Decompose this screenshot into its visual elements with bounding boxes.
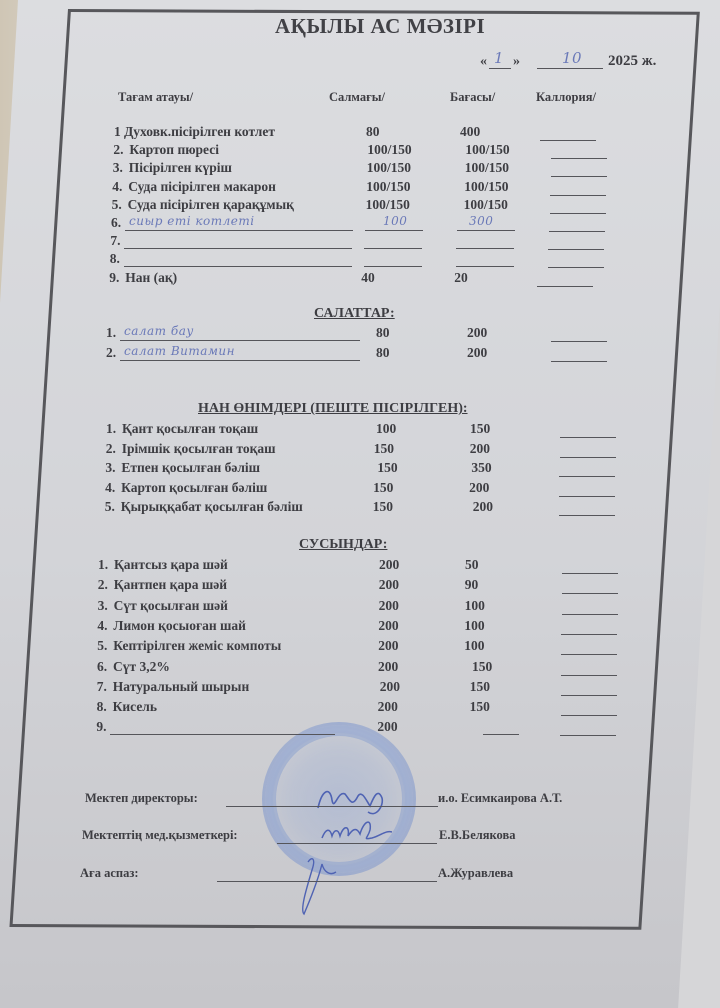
item-weight: 80: [376, 325, 390, 341]
item-price: 300: [469, 214, 493, 228]
item-name: Сүт 3,2%: [113, 659, 170, 675]
item-price-blank-line: [456, 266, 514, 267]
item-price: 350: [471, 460, 491, 476]
item-price: 150: [470, 699, 490, 715]
item-weight: 200: [377, 719, 397, 735]
item-weight: 80: [366, 124, 380, 140]
item-price: 200: [470, 441, 490, 457]
item-price-blank-line: [483, 734, 519, 735]
item-weight: 150: [373, 480, 393, 496]
signature-role: Мектептің мед.қызметкері:: [82, 828, 238, 843]
item-weight: 80: [376, 345, 390, 361]
item-weight: 200: [378, 638, 398, 654]
item-name: Лимон қосыоған шай: [113, 618, 246, 634]
item-number: 1: [114, 124, 121, 140]
item-price: 100: [465, 598, 485, 614]
item-number: 3.: [113, 160, 123, 176]
item-price: 50: [465, 557, 479, 573]
item-number: 3.: [98, 598, 108, 614]
item-weight: 100/150: [366, 179, 410, 195]
item-weight: 150: [377, 460, 397, 476]
item-price: 100/150: [464, 197, 508, 213]
item-name: Кептірілген жеміс компоты: [113, 638, 281, 654]
item-price: 400: [460, 124, 480, 140]
item-number: 2.: [98, 577, 108, 593]
item-price: 100/150: [465, 160, 509, 176]
item-number: 1.: [106, 421, 116, 437]
item-name-handwritten: сиыр еті котлеті: [129, 214, 255, 228]
item-weight: 40: [361, 270, 375, 286]
item-price: 150: [470, 421, 490, 437]
item-price: 100/150: [465, 142, 509, 158]
item-calories-blank-line: [550, 213, 606, 214]
item-calories-blank-line: [550, 195, 606, 196]
item-weight: 200: [379, 577, 399, 593]
menu-document: АҚЫЛЫ АС МӘЗІРІ « 1 » 10 2025 ж. Тағам а…: [0, 0, 720, 1008]
item-price: 100: [464, 618, 484, 634]
item-calories-blank-line: [551, 341, 607, 342]
item-calories-blank-line: [560, 735, 616, 736]
item-number: 2.: [106, 345, 116, 361]
item-weight-blank-line: [364, 248, 422, 249]
item-weight: 200: [378, 699, 398, 715]
item-weight: 100: [376, 421, 396, 437]
item-name: Суда пісірілген макарон: [128, 179, 276, 195]
item-name: Духовк.пісірілген котлет: [124, 124, 275, 140]
item-price: 100: [464, 638, 484, 654]
item-number: 8.: [97, 699, 107, 715]
item-weight-line: [365, 230, 423, 231]
item-weight: 200: [380, 679, 400, 695]
item-number: 8.: [110, 251, 120, 267]
item-calories-blank-line: [561, 634, 617, 635]
item-name: Кисель: [113, 699, 157, 715]
item-calories-blank-line: [561, 715, 617, 716]
item-weight: 100/150: [366, 197, 410, 213]
item-name: Натуральный шырын: [113, 679, 249, 695]
item-number: 1.: [106, 325, 116, 341]
item-calories-blank-line: [548, 267, 604, 268]
item-calories-blank-line: [562, 593, 618, 594]
item-price: 200: [469, 480, 489, 496]
item-name-blank-line: [110, 734, 335, 735]
item-calories-blank-line: [551, 158, 607, 159]
signature-role: Мектеп директоры:: [85, 791, 198, 806]
item-weight: 150: [373, 499, 393, 515]
item-calories-blank-line: [560, 437, 616, 438]
item-number: 4.: [105, 480, 115, 496]
item-name: Қантпен қара шәй: [114, 577, 227, 593]
item-number: 7.: [110, 233, 120, 249]
item-price: 200: [473, 499, 493, 515]
item-number: 7.: [97, 679, 107, 695]
item-calories-blank-line: [559, 496, 615, 497]
item-calories-blank-line: [561, 675, 617, 676]
item-number: 5.: [97, 638, 107, 654]
item-number: 1.: [98, 557, 108, 573]
item-name: Етпен қосылған бәліш: [121, 460, 260, 476]
item-name: Ірімшік қосылған тоқаш: [122, 441, 276, 457]
item-number: 5.: [105, 499, 115, 515]
item-calories-blank-line: [559, 515, 615, 516]
item-number: 9.: [109, 270, 119, 286]
item-calories-blank-line: [551, 361, 607, 362]
item-calories-blank-line: [551, 176, 607, 177]
item-calories-blank-line: [559, 476, 615, 477]
item-weight: 100: [383, 214, 407, 228]
item-calories-blank-line: [560, 457, 616, 458]
item-calories-blank-line: [561, 654, 617, 655]
item-price: 200: [467, 345, 487, 361]
item-name: Қантсыз қара шәй: [114, 557, 228, 573]
signature-line: [277, 843, 437, 844]
item-name-line: [120, 340, 360, 341]
item-weight: 100/150: [367, 160, 411, 176]
item-name: Нан (ақ): [125, 270, 177, 286]
item-weight: 200: [378, 618, 398, 634]
item-price: 20: [454, 270, 468, 286]
item-price: 150: [472, 659, 492, 675]
item-price: 200: [467, 325, 487, 341]
item-name-handwritten: салат Витамин: [124, 344, 235, 358]
item-name: Пісірілген күріш: [129, 160, 232, 176]
item-number: 9.: [96, 719, 106, 735]
item-number: 5.: [112, 197, 122, 213]
item-price: 100/150: [464, 179, 508, 195]
item-number: 6.: [97, 659, 107, 675]
item-price-blank-line: [456, 248, 514, 249]
item-calories-blank-line: [548, 249, 604, 250]
signatory-name: А.Журавлева: [438, 866, 513, 881]
item-name-blank-line: [124, 248, 352, 249]
item-price-line: [457, 230, 515, 231]
item-weight: 100/150: [367, 142, 411, 158]
item-number: 3.: [105, 460, 115, 476]
item-weight: 200: [378, 659, 398, 675]
item-number: 4.: [112, 179, 122, 195]
signature-line: [217, 881, 437, 882]
item-name: Картоп пюресі: [129, 142, 219, 158]
signatory-name: и.о. Есимкаирова А.Т.: [438, 791, 562, 806]
item-number: 2.: [106, 441, 116, 457]
item-name: Суда пісірілген қарақұмық: [128, 197, 294, 213]
item-name: Сүт қосылған шәй: [114, 598, 228, 614]
item-calories-blank-line: [549, 231, 605, 232]
item-number: 4.: [97, 618, 107, 634]
item-number: 6.: [111, 215, 121, 231]
item-name: Қырыққабат қосылған бәліш: [121, 499, 303, 515]
item-number: 2.: [113, 142, 123, 158]
item-calories-blank-line: [561, 695, 617, 696]
item-calories-blank-line: [562, 614, 618, 615]
item-weight: 150: [374, 441, 394, 457]
signature-role: Аға аспаз:: [80, 866, 139, 881]
item-calories-blank-line: [540, 140, 596, 141]
item-weight: 200: [379, 557, 399, 573]
item-weight: 200: [379, 598, 399, 614]
item-calories-blank-line: [562, 573, 618, 574]
item-calories-blank-line: [537, 286, 593, 287]
item-name: Қант қосылған тоқаш: [122, 421, 258, 437]
item-weight-blank-line: [364, 266, 422, 267]
signature-line: [226, 806, 438, 807]
item-name-line: [125, 230, 353, 231]
item-price: 150: [470, 679, 490, 695]
signatory-name: Е.В.Белякова: [439, 828, 516, 843]
item-price: 90: [465, 577, 479, 593]
item-name-blank-line: [124, 266, 352, 267]
item-name-line: [120, 360, 360, 361]
item-name: Картоп қосылған бәліш: [121, 480, 267, 496]
item-name-handwritten: салат бау: [124, 324, 194, 338]
